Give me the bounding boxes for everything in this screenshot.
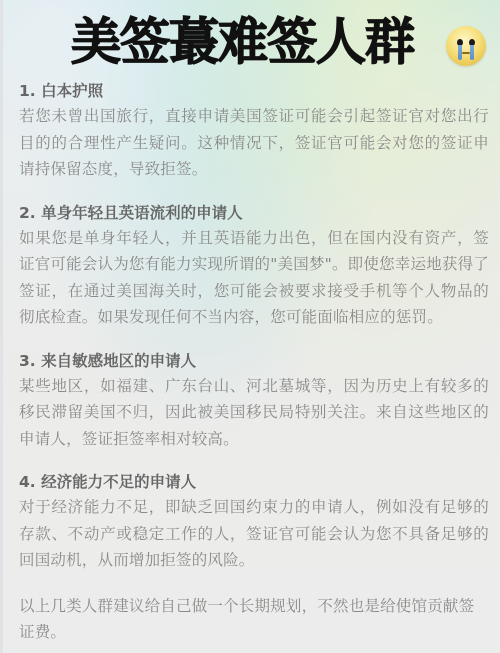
right-tear [470, 45, 474, 60]
page-title: 美签蕞难签人群 [71, 12, 414, 72]
section-body: 若您未曾出国旅行，直接申请美国签证可能会引起签证官对您出行目的的合理性产生疑问。… [19, 103, 489, 183]
section-body: 对于经济能力不足，即缺乏回国约束力的申请人，例如没有足够的存款、不动产或稳定工作… [19, 494, 489, 574]
mouth [462, 52, 470, 54]
section-insufficient-finances: 4. 经济能力不足的申请人 对于经济能力不足，即缺乏回国约束力的申请人，例如没有… [19, 471, 489, 574]
section-heading: 3. 来自敏感地区的申请人 [19, 350, 489, 373]
header: 美签蕞难签人群 [3, 0, 500, 78]
section-young-single-fluent: 2. 单身年轻且英语流利的申请人 如果您是单身年轻人，并且英语能力出色，但在国内… [19, 202, 489, 331]
section-blank-passport: 1. 白本护照 若您未曾出国旅行，直接申请美国签证可能会引起签证官对您出行目的的… [19, 80, 489, 183]
section-heading: 2. 单身年轻且英语流利的申请人 [19, 202, 489, 225]
closing-note: 以上几类人群建议给自己做一个长期规划，不然也是给使馆贡献签证费。 [19, 593, 489, 646]
article-content: 1. 白本护照 若您未曾出国旅行，直接申请美国签证可能会引起签证官对您出行目的的… [19, 80, 489, 646]
document-page: 美签蕞难签人群 1. 白本护照 若您未曾出国旅行，直接申请美国签证可能会引起签证… [0, 0, 500, 653]
section-heading: 1. 白本护照 [19, 80, 489, 103]
section-body: 某些地区，如福建、广东台山、河北墓城等，因为历史上有较多的移民滞留美国不归，因此… [19, 373, 489, 453]
crying-face-icon [446, 26, 486, 66]
section-body: 如果您是单身年轻人，并且英语能力出色，但在国内没有资产，签证官可能会认为您有能力… [19, 225, 489, 331]
section-sensitive-regions: 3. 来自敏感地区的申请人 某些地区，如福建、广东台山、河北墓城等，因为历史上有… [19, 350, 489, 453]
section-heading: 4. 经济能力不足的申请人 [19, 471, 489, 494]
